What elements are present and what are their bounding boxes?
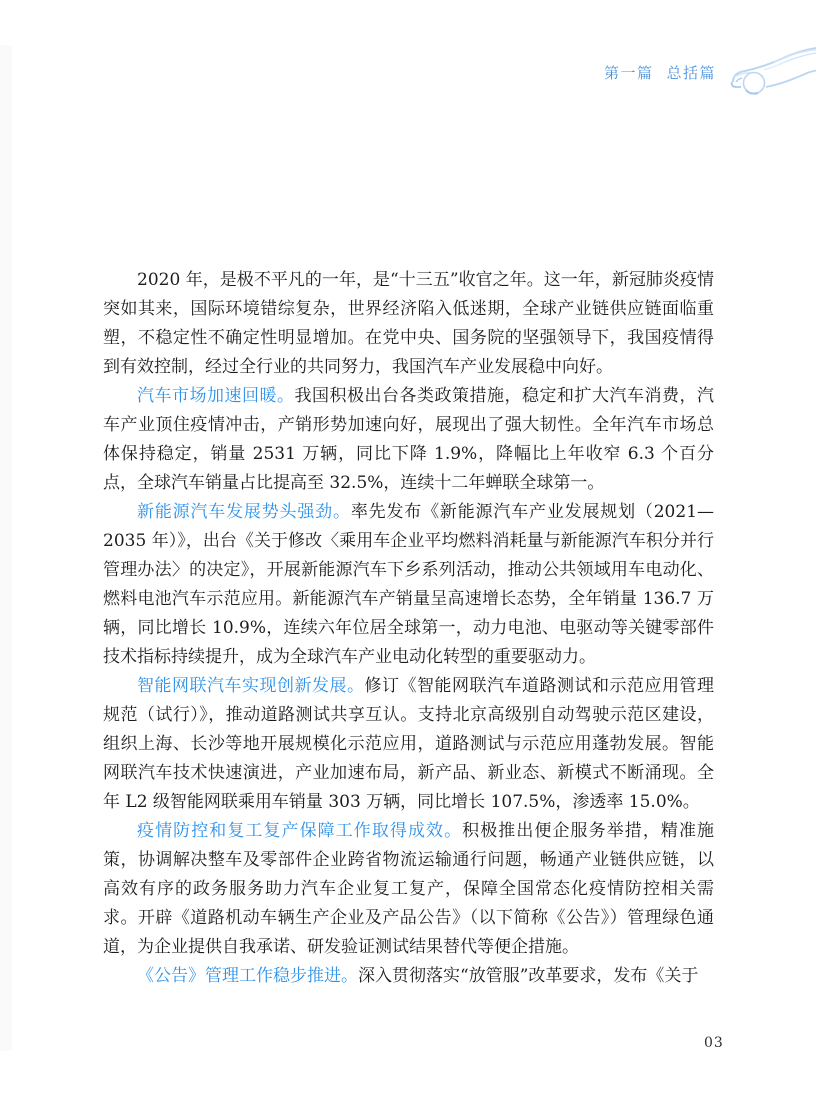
- paragraph: 智能网联汽车实现创新发展。修订《智能网联汽车道路测试和示范应用管理规范（试行）》…: [103, 672, 714, 817]
- page-header: 第一篇 总括篇: [604, 46, 816, 98]
- page-number: 03: [704, 1035, 724, 1051]
- paragraph: 疫情防控和复工复产保障工作取得成效。积极推出便企服务举措，精准施策，协调解决整车…: [103, 817, 714, 962]
- car-sketch-icon: [730, 46, 816, 98]
- paragraph-text: 修订《智能网联汽车道路测试和示范应用管理规范（试行）》，推动道路测试共享互认。支…: [103, 676, 714, 812]
- paragraph-text: 率先发布《新能源汽车产业发展规划（2021—2035 年）》，出台《关于修改〈乘…: [103, 502, 714, 667]
- paragraph: 《公告》管理工作稳步推进。深入贯彻落实“放管服”改革要求，发布《关于: [103, 962, 714, 991]
- paragraph-text: 深入贯彻落实“放管服”改革要求，发布《关于: [358, 966, 698, 986]
- paragraph-heading: 汽车市场加速回暖。: [137, 386, 295, 406]
- section-title: 总括篇: [666, 62, 716, 83]
- paragraph-text: 积极推出便企服务举措，精准施策，协调解决整车及零部件企业跨省物流运输通行问题，畅…: [103, 821, 714, 957]
- paragraph-heading: 疫情防控和复工复产保障工作取得成效。: [137, 821, 462, 841]
- paragraph: 新能源汽车发展势头强劲。率先发布《新能源汽车产业发展规划（2021—2035 年…: [103, 498, 714, 672]
- paragraph: 汽车市场加速回暖。我国积极出台各类政策措施，稳定和扩大汽车消费，汽车产业顶住疫情…: [103, 382, 714, 498]
- paragraph-text: 2020 年，是极不平凡的一年，是“十三五”收官之年。这一年，新冠肺炎疫情突如其…: [103, 270, 714, 377]
- body-text: 2020 年，是极不平凡的一年，是“十三五”收官之年。这一年，新冠肺炎疫情突如其…: [103, 266, 714, 991]
- paragraph-heading: 智能网联汽车实现创新发展。: [137, 676, 365, 696]
- paragraph-heading: 《公告》管理工作稳步推进。: [137, 966, 358, 986]
- section-label: 第一篇: [604, 62, 654, 83]
- paragraph-heading: 新能源汽车发展势头强劲。: [137, 502, 351, 522]
- left-margin-strip: [0, 45, 12, 1051]
- paragraph: 2020 年，是极不平凡的一年，是“十三五”收官之年。这一年，新冠肺炎疫情突如其…: [103, 266, 714, 382]
